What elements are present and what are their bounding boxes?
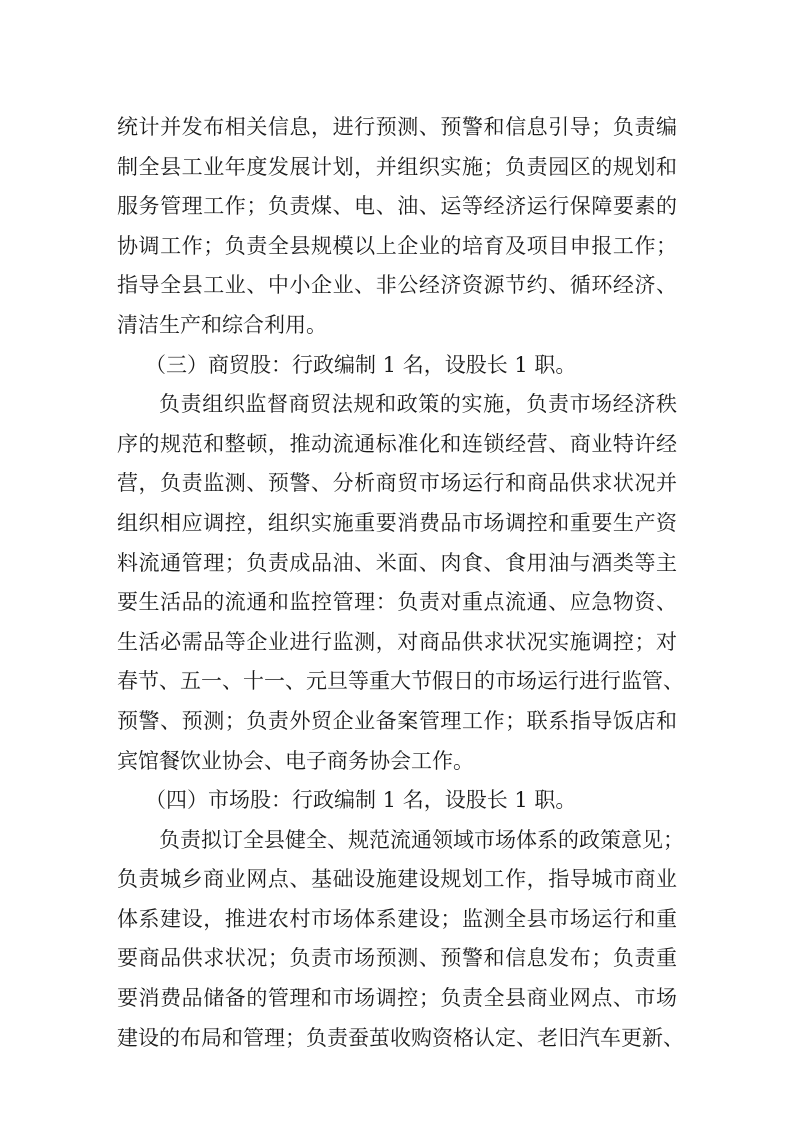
text-line: 要商品供求状况；负责市场预测、预警和信息发布；负责重 bbox=[117, 939, 677, 979]
text-line: 服务管理工作；负责煤、电、油、运等经济运行保障要素的 bbox=[117, 187, 677, 227]
text-line: 组织相应调控，组织实施重要消费品市场调控和重要生产资 bbox=[117, 504, 677, 544]
text-line: 指导全县工业、中小企业、非公经济资源节约、循环经济、 bbox=[117, 266, 677, 306]
text-line: 要消费品储备的管理和市场调控；负责全县商业网点、市场 bbox=[117, 979, 677, 1019]
text-line: 要生活品的流通和监控管理：负责对重点流通、应急物资、 bbox=[117, 583, 677, 623]
text-line: 负责城乡商业网点、基础设施建设规划工作，指导城市商业 bbox=[117, 860, 677, 900]
text-line: 生活必需品等企业进行监测，对商品供求状况实施调控；对 bbox=[117, 623, 677, 663]
text-line: 宾馆餐饮业协会、电子商务协会工作。 bbox=[117, 742, 677, 782]
paragraph-start: 负责组织监督商贸法规和政策的实施，负责市场经济秩 bbox=[117, 385, 677, 425]
text-line: 春节、五一、十一、元旦等重大节假日的市场运行进行监管、 bbox=[117, 662, 677, 702]
text-line: 预警、预测；负责外贸企业备案管理工作；联系指导饭店和 bbox=[117, 702, 677, 742]
text-line: 制全县工业年度发展计划，并组织实施；负责园区的规划和 bbox=[117, 148, 677, 188]
section-heading-shichang: （四）市场股：行政编制 1 名，设股长 1 职。 bbox=[117, 781, 677, 821]
text-line: 体系建设，推进农村市场体系建设；监测全县市场运行和重 bbox=[117, 900, 677, 940]
text-line: 清洁生产和综合利用。 bbox=[117, 306, 677, 346]
paragraph-start: 负责拟订全县健全、规范流通领域市场体系的政策意见； bbox=[117, 821, 677, 861]
text-line: 建设的布局和管理；负责蚕茧收购资格认定、老旧汽车更新、 bbox=[117, 1019, 677, 1059]
text-line: 料流通管理；负责成品油、米面、肉食、食用油与酒类等主 bbox=[117, 544, 677, 584]
text-line: 序的规范和整顿，推动流通标准化和连锁经营、商业特许经 bbox=[117, 425, 677, 465]
text-line: 统计并发布相关信息，进行预测、预警和信息引导；负责编 bbox=[117, 108, 677, 148]
section-heading-shangmao: （三）商贸股：行政编制 1 名，设股长 1 职。 bbox=[117, 346, 677, 386]
text-line: 协调工作；负责全县规模以上企业的培育及项目申报工作； bbox=[117, 227, 677, 267]
document-page: 统计并发布相关信息，进行预测、预警和信息引导；负责编 制全县工业年度发展计划，并… bbox=[117, 108, 677, 1058]
text-line: 营，负责监测、预警、分析商贸市场运行和商品供求状况并 bbox=[117, 464, 677, 504]
